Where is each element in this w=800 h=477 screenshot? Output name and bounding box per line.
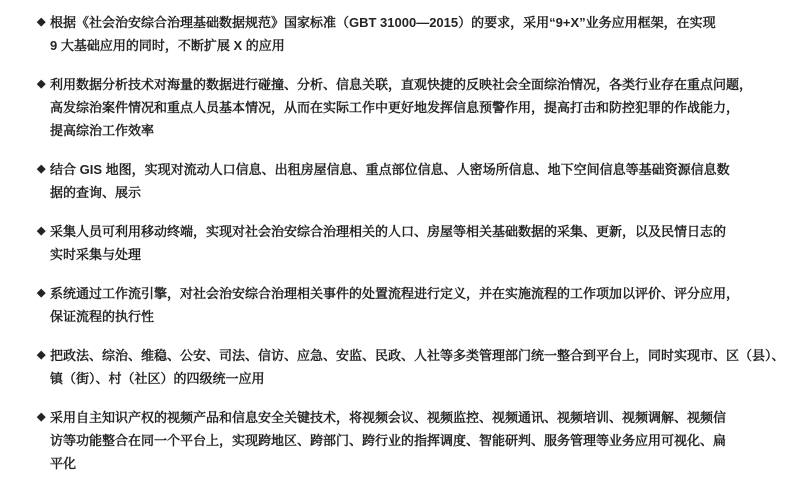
bullet-text-line: 采用自主知识产权的视频产品和信息安全关键技术，将视频会议、视频监控、视频通讯、视…	[50, 406, 782, 429]
feature-list-page: ◆根据《社会治安综合治理基础数据规范》国家标准（GBT 31000—2015）的…	[0, 0, 800, 475]
diamond-bullet-icon: ◆	[37, 344, 45, 367]
bullet-text-line: 采集人员可利用移动终端，实现对社会治安综合治理相关的人口、房屋等相关基础数据的采…	[50, 220, 782, 243]
bullet-text-line: 镇（街）、村（社区）的四级统一应用	[50, 367, 782, 390]
diamond-bullet-icon: ◆	[37, 158, 45, 181]
bullet-item: ◆采用自主知识产权的视频产品和信息安全关键技术，将视频会议、视频监控、视频通讯、…	[37, 406, 782, 475]
bullet-list: ◆根据《社会治安综合治理基础数据规范》国家标准（GBT 31000—2015）的…	[0, 0, 800, 475]
bullet-item: ◆把政法、综治、维稳、公安、司法、信访、应急、安监、民政、人社等多类管理部门统一…	[37, 344, 782, 390]
bullet-text-line: 结合 GIS 地图，实现对流动人口信息、出租房屋信息、重点部位信息、人密场所信息…	[50, 158, 782, 181]
bullet-text: 根据《社会治安综合治理基础数据规范》国家标准（GBT 31000—2015）的要…	[50, 11, 782, 57]
diamond-bullet-icon: ◆	[37, 406, 45, 429]
bullet-text: 把政法、综治、维稳、公安、司法、信访、应急、安监、民政、人社等多类管理部门统一整…	[50, 344, 782, 390]
bullet-text-line: 提高综治工作效率	[50, 119, 782, 142]
diamond-bullet-icon: ◆	[37, 220, 45, 243]
bullet-text-line: 保证流程的执行性	[50, 305, 782, 328]
bullet-text-line: 把政法、综治、维稳、公安、司法、信访、应急、安监、民政、人社等多类管理部门统一整…	[50, 344, 782, 367]
bullet-text-line: 访等功能整合在同一个平台上，实现跨地区、跨部门、跨行业的指挥调度、智能研判、服务…	[50, 429, 782, 452]
bullet-text: 系统通过工作流引擎，对社会治安综合治理相关事件的处置流程进行定义，并在实施流程的…	[50, 282, 782, 328]
bullet-text: 采集人员可利用移动终端，实现对社会治安综合治理相关的人口、房屋等相关基础数据的采…	[50, 220, 782, 266]
bullet-text-line: 根据《社会治安综合治理基础数据规范》国家标准（GBT 31000—2015）的要…	[50, 11, 782, 34]
bullet-text-line: 高发综治案件情况和重点人员基本情况，从而在实际工作中更好地发挥信息预警作用，提高…	[50, 96, 782, 119]
bullet-item: ◆系统通过工作流引擎，对社会治安综合治理相关事件的处置流程进行定义，并在实施流程…	[37, 282, 782, 328]
bullet-text: 利用数据分析技术对海量的数据进行碰撞、分析、信息关联，直观快捷的反映社会全面综治…	[50, 73, 782, 142]
bullet-text-line: 据的查询、展示	[50, 181, 782, 204]
bullet-text: 结合 GIS 地图，实现对流动人口信息、出租房屋信息、重点部位信息、人密场所信息…	[50, 158, 782, 204]
diamond-bullet-icon: ◆	[37, 11, 45, 34]
bullet-item: ◆利用数据分析技术对海量的数据进行碰撞、分析、信息关联，直观快捷的反映社会全面综…	[37, 73, 782, 142]
bullet-item: ◆采集人员可利用移动终端，实现对社会治安综合治理相关的人口、房屋等相关基础数据的…	[37, 220, 782, 266]
bullet-text-line: 系统通过工作流引擎，对社会治安综合治理相关事件的处置流程进行定义，并在实施流程的…	[50, 282, 782, 305]
diamond-bullet-icon: ◆	[37, 73, 45, 96]
bullet-text-line: 平化	[50, 452, 782, 475]
bullet-text-line: 实时采集与处理	[50, 243, 782, 266]
bullet-text-line: 利用数据分析技术对海量的数据进行碰撞、分析、信息关联，直观快捷的反映社会全面综治…	[50, 73, 782, 96]
bullet-item: ◆根据《社会治安综合治理基础数据规范》国家标准（GBT 31000—2015）的…	[37, 11, 782, 57]
bullet-text: 采用自主知识产权的视频产品和信息安全关键技术，将视频会议、视频监控、视频通讯、视…	[50, 406, 782, 475]
diamond-bullet-icon: ◆	[37, 282, 45, 305]
bullet-text-line: 9 大基础应用的同时，不断扩展 X 的应用	[50, 34, 782, 57]
bullet-item: ◆结合 GIS 地图，实现对流动人口信息、出租房屋信息、重点部位信息、人密场所信…	[37, 158, 782, 204]
